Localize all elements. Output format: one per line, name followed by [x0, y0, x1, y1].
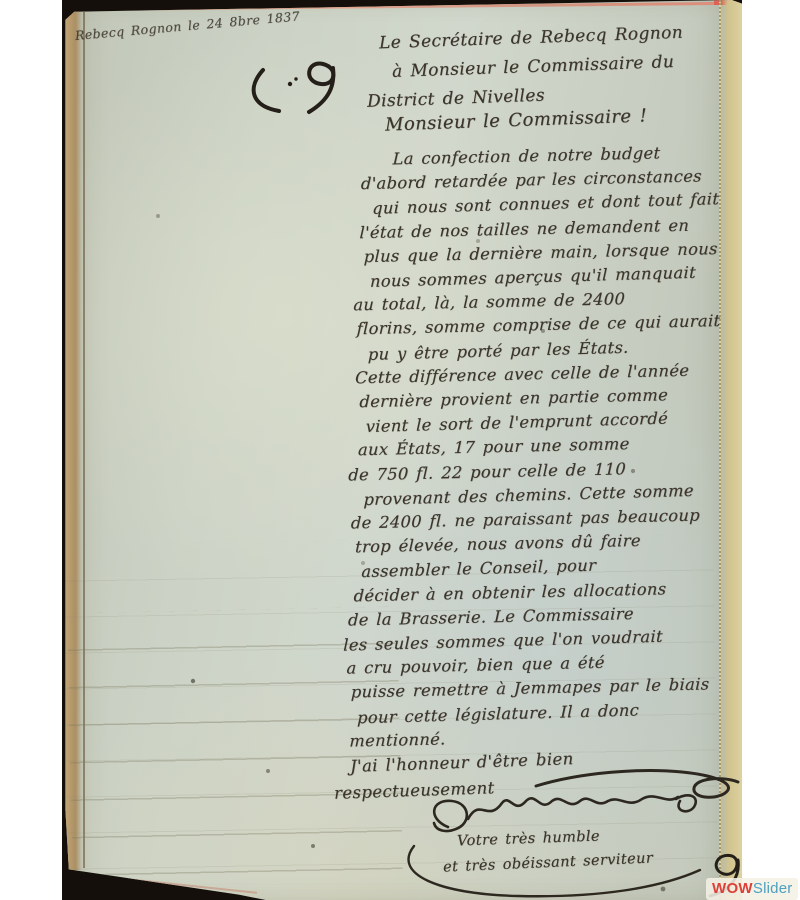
- signoff-sweep-flourish-icon: [398, 842, 708, 900]
- watermark-brand-wow: WOW: [712, 881, 753, 896]
- letter-header: Le Secrétaire de Rebecq Rognon à Monsieu…: [379, 19, 686, 117]
- paraph-flourish-icon: [245, 46, 355, 116]
- letter-body: La confection de notre budgetd'abord ret…: [349, 140, 727, 754]
- watermark-brand-slider: Slider: [753, 881, 793, 896]
- wowslider-watermark-link[interactable]: WOWSlider: [706, 878, 798, 900]
- letter-page: Rebecq Rognon le 24 8bre 1837 Le Secréta…: [62, 0, 742, 900]
- scanned-letter-photo: Rebecq Rognon le 24 8bre 1837 Le Secréta…: [0, 0, 800, 900]
- date-place-note: Rebecq Rognon le 24 8bre 1837: [74, 8, 300, 43]
